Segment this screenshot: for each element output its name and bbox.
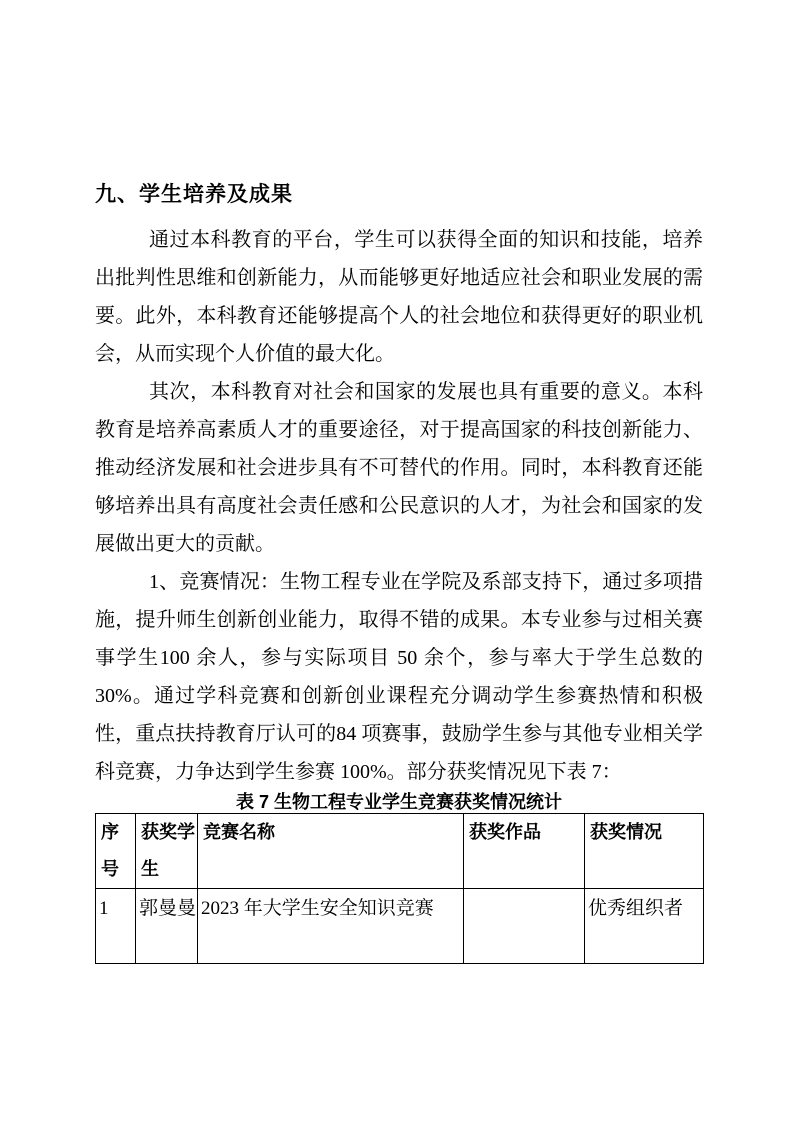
table-caption: 表 7 生物工程专业学生竞赛获奖情况统计 [95, 791, 703, 813]
cell-work [464, 889, 585, 964]
paragraph-intro: 通过本科教育的平台，学生可以获得全面的知识和技能，培养出批判性思维和创新能力，从… [95, 221, 703, 373]
paragraph-significance: 其次，本科教育对社会和国家的发展也具有重要的意义。本科教育是培养高素质人才的重要… [95, 373, 703, 563]
cell-serial: 1 [96, 889, 136, 964]
cell-competition: 2023 年大学生安全知识竞赛 [198, 889, 464, 964]
section-heading: 九、学生培养及成果 [95, 181, 703, 209]
col-header-student: 获奖学生 [136, 814, 198, 889]
col-header-competition: 竞赛名称 [198, 814, 464, 889]
awards-table: 序号 获奖学生 竞赛名称 获奖作品 获奖情况 1 郭曼曼 2023 年大学生安全… [95, 813, 704, 964]
table-header-row: 序号 获奖学生 竞赛名称 获奖作品 获奖情况 [96, 814, 704, 889]
col-header-result: 获奖情况 [585, 814, 704, 889]
cell-result: 优秀组织者 [585, 889, 704, 964]
paragraph-competition: 1、竞赛情况：生物工程专业在学院及系部支持下，通过多项措施，提升师生创新创业能力… [95, 563, 703, 791]
col-header-work: 获奖作品 [464, 814, 585, 889]
col-header-serial: 序号 [96, 814, 136, 889]
document-page: 九、学生培养及成果 通过本科教育的平台，学生可以获得全面的知识和技能，培养出批判… [0, 0, 793, 1122]
table-row: 1 郭曼曼 2023 年大学生安全知识竞赛 优秀组织者 [96, 889, 704, 964]
cell-student: 郭曼曼 [136, 889, 198, 964]
